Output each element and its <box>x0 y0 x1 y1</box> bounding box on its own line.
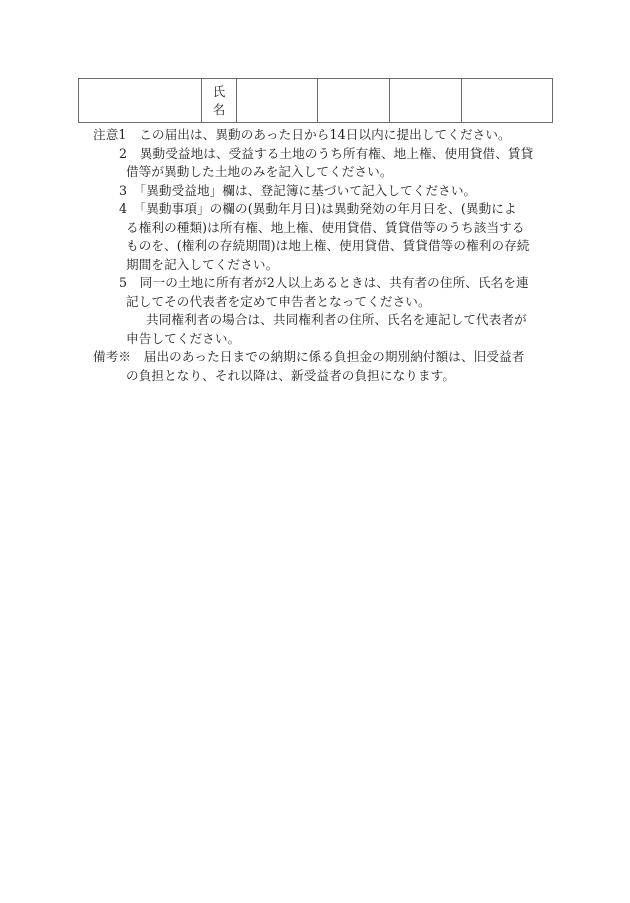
note-5-line-3: 共同権利者の場合は、共同権利者の住所、氏名を連記して代表者が <box>146 311 527 329</box>
form-table-last-row: 氏 名 <box>78 78 553 123</box>
table-row: 氏 名 <box>79 79 553 123</box>
note-1-line-1: 注意1 この届出は、異動のあった日から14日以内に提出してください。 <box>93 126 511 144</box>
name-label-char-2: 名 <box>202 101 236 119</box>
name-field-cell-1[interactable] <box>237 79 318 123</box>
name-label-cell: 氏 名 <box>202 79 237 123</box>
note-4-line-2: る権利の種類)は所有権、地上権、使用貸借、賃貸借等のうち該当する <box>126 219 525 237</box>
note-4-line-3: ものを、(権利の存続期間)は地上権、使用貸借、賃貸借等の権利の存続 <box>126 237 530 255</box>
note-2-line-2: 借等が異動した土地のみを記入してください。 <box>126 163 393 181</box>
table-cell-blank-left <box>79 79 202 123</box>
note-5-line-4: 申告してください。 <box>126 330 240 348</box>
note-2-line-1: 2 異動受益地は、受益する土地のうち所有権、地上権、使用貸借、賃貸 <box>119 145 533 163</box>
note-3-line-1: 3 「異動受益地」欄は、登記簿に基づいて記入してください。 <box>119 182 476 200</box>
note-4-line-1: 4 「異動事項」の欄の(異動年月日)は異動発効の年月日を、(異動によ <box>119 200 517 218</box>
note-5-line-1: 5 同一の土地に所有者が2人以上あるときは、共有者の住所、氏名を連 <box>119 274 529 292</box>
name-field-cell-4[interactable] <box>462 79 553 123</box>
remarks-line-1: 備考※ 届出のあった日までの納期に係る負担金の期別納付額は、旧受益者 <box>93 348 524 366</box>
name-label-char-1: 氏 <box>202 83 236 101</box>
remarks-line-2: の負担となり、それ以降は、新受益者の負担になります。 <box>126 367 455 385</box>
note-4-line-4: 期間を記入してください。 <box>126 256 278 274</box>
note-5-line-2: 記してその代表者を定めて申告者となってください。 <box>126 293 431 311</box>
name-field-cell-2[interactable] <box>318 79 390 123</box>
name-field-cell-3[interactable] <box>390 79 462 123</box>
